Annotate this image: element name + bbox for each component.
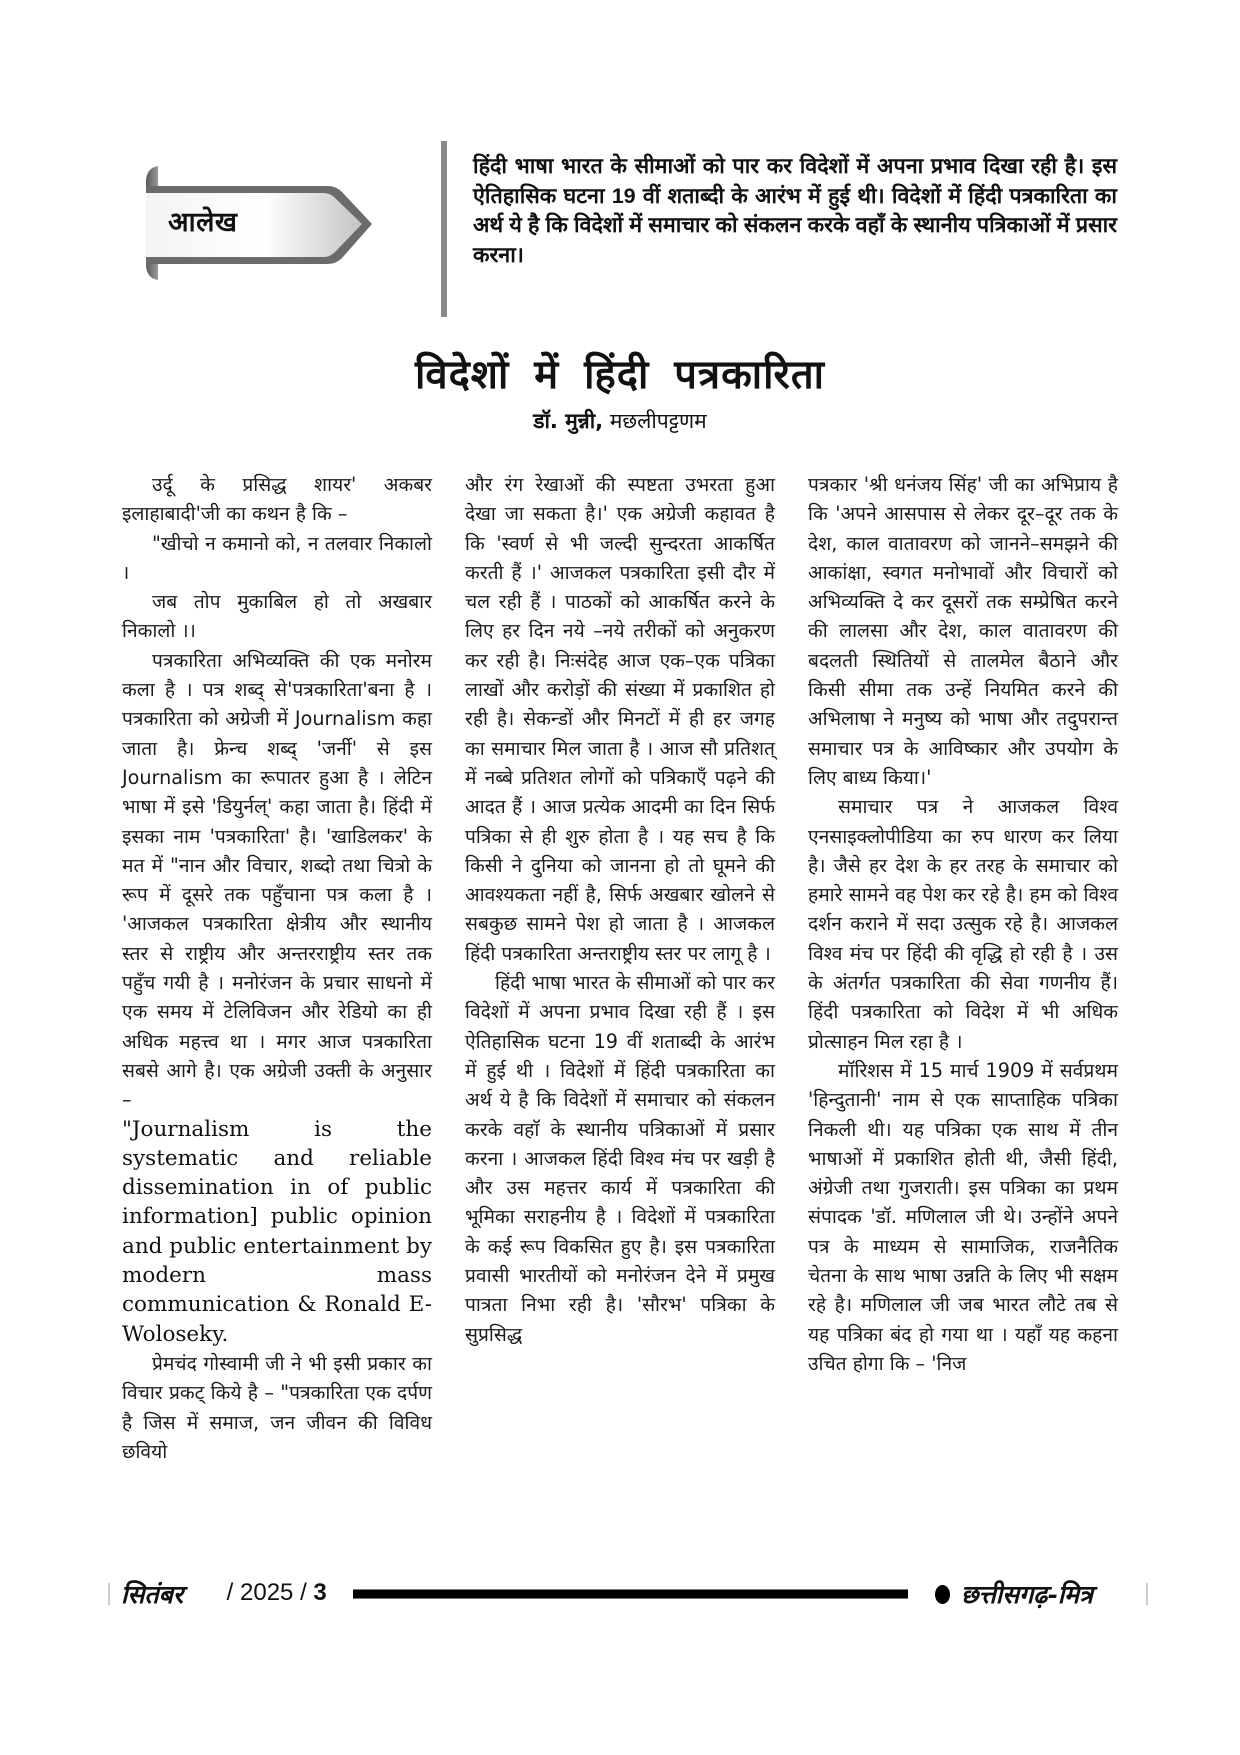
separator: / [220, 1579, 240, 1606]
paragraph: जब तोप मुकाबिल हो तो अखबार निकालो ।। [122, 587, 432, 646]
article-body: उर्दू के प्रसिद्ध शायर' अकबर इलाहाबादी'ज… [122, 470, 1118, 1530]
paragraph: समाचार पत्र ने आजकल विश्व एनसाइक्लोपीडिय… [808, 792, 1118, 1056]
page-number: 3 [313, 1579, 326, 1606]
footer-left-tick [108, 1583, 110, 1605]
footer-right-tick [1146, 1583, 1148, 1605]
paragraph: "खीचो न कमानो को, न तलवार निकालो । [122, 529, 432, 588]
section-tab: आलेख [138, 162, 378, 282]
issue-year: 2025 [240, 1579, 293, 1606]
paragraph: मॉरिशस में 15 मार्च 1909 में सर्वप्रथम '… [808, 1056, 1118, 1378]
page-footer: सितंबर / 2025 / 3 छत्तीसगढ़-मित्र [108, 1577, 1148, 1611]
paragraph: हिंदी भाषा भारत के सीमाओं को पार कर विदे… [465, 968, 775, 1349]
byline: डॉ. मुन्नी, मछलीपट्टणम [0, 407, 1240, 435]
article-title: विदेशों में हिंदी पत्रकारिता [0, 345, 1240, 400]
issue-month: सितंबर [121, 1577, 183, 1611]
paragraph: प्रेमचंद गोस्वामी जी ने भी इसी प्रकार का… [122, 1349, 432, 1466]
section-tab-label: आलेख [168, 202, 238, 239]
intro-standfirst: हिंदी भाषा भारत के सीमाओं को पार कर विदे… [441, 141, 1117, 317]
paragraph: पत्रकारिता अभिव्यक्ति की एक मनोरम कला है… [122, 646, 432, 1115]
magazine-name: छत्तीसगढ़-मित्र [961, 1577, 1093, 1611]
column-3: पत्रकार 'श्री धनंजय सिंह' जी का अभिप्राय… [808, 470, 1118, 1378]
issue-meta: / 2025 / 3 [220, 1579, 327, 1607]
bullet-dot-icon [935, 1585, 950, 1604]
column-2: और रंग रेखाओं की स्पष्टता उभरता हुआ देखा… [465, 470, 775, 1349]
intro-text: हिंदी भाषा भारत के सीमाओं को पार कर विदे… [473, 152, 1117, 270]
separator: / [293, 1579, 313, 1606]
author-name: डॉ. मुन्नी, [533, 409, 603, 433]
english-quote: "Journalism is the systematic and reliab… [122, 1115, 432, 1349]
paragraph: उर्दू के प्रसिद्ध शायर' अकबर इलाहाबादी'ज… [122, 470, 432, 529]
author-location: मछलीपट्टणम [610, 409, 707, 433]
paragraph: और रंग रेखाओं की स्पष्टता उभरता हुआ देखा… [465, 470, 775, 968]
footer-rule [353, 1589, 908, 1599]
paragraph: पत्रकार 'श्री धनंजय सिंह' जी का अभिप्राय… [808, 470, 1118, 792]
column-1: उर्दू के प्रसिद्ध शायर' अकबर इलाहाबादी'ज… [122, 470, 432, 1466]
